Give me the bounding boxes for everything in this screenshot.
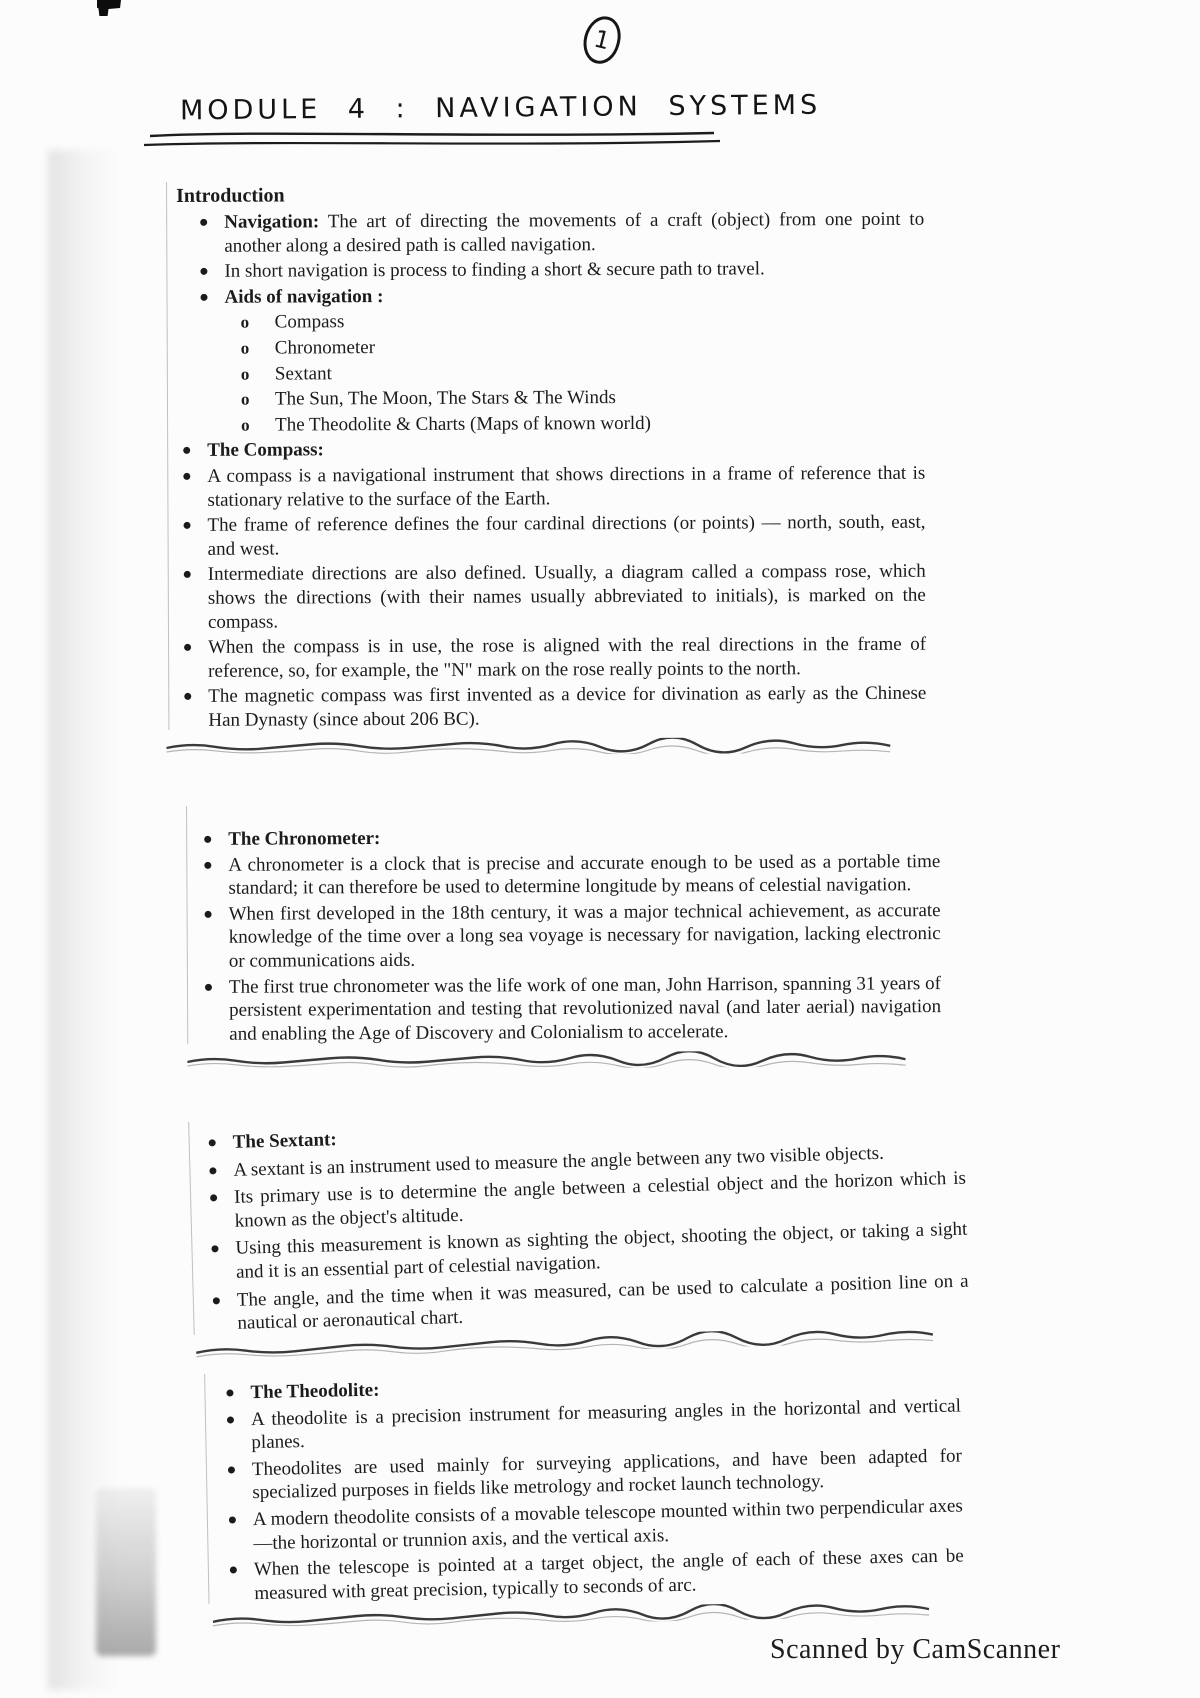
bullet-text: When first developed in the 18th century…: [229, 899, 941, 974]
bullet-text: The magnetic compass was first invented …: [208, 682, 926, 732]
bullet-item: When the telescope is pointed at a targe…: [224, 1545, 965, 1606]
camscanner-watermark: Scanned by CamScanner: [770, 1634, 1060, 1666]
bullet-icon: [220, 1381, 250, 1405]
module-title: MODULE 4 : NAVIGATION SYSTEMS: [180, 89, 940, 127]
bullet-item: Compass: [233, 308, 925, 335]
bullet-text: Sextant: [275, 359, 925, 385]
bullet-text: When the compass is in use, the rose is …: [208, 633, 926, 683]
bullet-icon: [178, 563, 208, 634]
bullet-icon: [221, 1408, 252, 1456]
bullet-item: Sextant: [233, 359, 925, 386]
bullet-icon: [199, 975, 229, 1046]
bullet-item: The frame of reference defines the four …: [177, 511, 925, 561]
bullet-icon: [204, 1186, 235, 1234]
bullet-icon: [199, 903, 229, 974]
bullet-icon: [233, 413, 275, 437]
bullet-icon: [198, 853, 228, 900]
bullet-icon: [177, 439, 207, 463]
bullet-item: A chronometer is a clock that is precise…: [198, 850, 940, 901]
scan-edge-shadow: [48, 150, 120, 1690]
bullet-text: A chronometer is a clock that is precise…: [228, 850, 940, 901]
bullet-text: Aids of navigation :: [224, 282, 924, 309]
bullet-icon: [205, 1237, 236, 1285]
bullet-icon: [178, 636, 208, 683]
bullet-item: Navigation: The art of directing the mov…: [194, 208, 924, 258]
bullet-icon: [203, 1158, 234, 1182]
bullet-icon: [233, 311, 275, 335]
bullet-icon: [194, 286, 224, 310]
bullet-item: The magnetic compass was first invented …: [178, 682, 926, 732]
theodolite-section: The Theodolite: A theodolite is a precis…: [204, 1353, 987, 1630]
bullet-text: The Theodolite & Charts (Maps of known w…: [275, 410, 925, 436]
bullet-text: Chronometer: [275, 334, 925, 360]
bullet-icon: [198, 828, 228, 852]
bullet-text: Compass: [275, 308, 925, 334]
bullet-text: The frame of reference defines the four …: [207, 511, 925, 561]
bullet-icon: [194, 211, 224, 258]
bullet-text: A compass is a navigational instrument t…: [207, 462, 925, 512]
bullet-item: When the compass is in use, the rose is …: [178, 633, 926, 683]
torn-edge: [213, 1600, 977, 1631]
bullet-icon: [178, 685, 208, 732]
page-number: 1: [591, 25, 613, 56]
bullet-text: The first true chronometer was the life …: [229, 972, 941, 1047]
bullet-icon: [194, 260, 224, 284]
scan-smudge: [96, 1488, 156, 1656]
bullet-text: Intermediate directions are also defined…: [208, 560, 926, 634]
chronometer-section: The Chronometer: A chronometer is a cloc…: [186, 796, 953, 1070]
bullet-icon: [177, 514, 207, 561]
bullet-item: A compass is a navigational instrument t…: [177, 462, 925, 512]
scan-corner-artifact: [97, 0, 121, 16]
bullet-text: The Compass:: [207, 436, 925, 463]
bullet-icon: [233, 362, 275, 386]
bullet-text: The Chronometer:: [228, 824, 940, 851]
bullet-icon: [233, 388, 275, 412]
torn-edge: [166, 737, 938, 756]
bullet-text: When the telescope is pointed at a targe…: [254, 1545, 965, 1606]
bullet-icon: [207, 1288, 238, 1336]
bullet-text: Navigation: The art of directing the mov…: [224, 208, 924, 258]
intro-section: Introduction Navigation: The art of dire…: [166, 173, 941, 757]
scanned-notes-page: 1 MODULE 4 : NAVIGATION SYSTEMS Introduc…: [0, 0, 1200, 1698]
bullet-item: The Theodolite & Charts (Maps of known w…: [233, 410, 925, 437]
bullet-icon: [224, 1558, 255, 1606]
bullet-item: The Sun, The Moon, The Stars & The Winds: [233, 385, 925, 412]
section-heading: Introduction: [176, 181, 924, 208]
bullet-icon: [222, 1458, 253, 1506]
bullet-item: The Compass:: [177, 436, 925, 463]
bullet-text: The Sun, The Moon, The Stars & The Winds: [275, 385, 925, 411]
sextant-section: The Sextant: A sextant is an instrument …: [188, 1095, 986, 1360]
title-underline: [142, 130, 722, 152]
bullet-item: The first true chronometer was the life …: [199, 972, 941, 1047]
bullet-item: When first developed in the 18th century…: [199, 899, 941, 974]
bullet-text: In short navigation is process to findin…: [224, 257, 924, 284]
bullet-icon: [202, 1131, 233, 1155]
page-number-badge: 1: [579, 12, 626, 67]
bullet-item: Chronometer: [233, 334, 925, 361]
bullet-item: Intermediate directions are also defined…: [178, 560, 926, 634]
bullet-icon: [233, 336, 275, 360]
bullet-item: Aids of navigation :: [194, 282, 924, 309]
bullet-item: In short navigation is process to findin…: [194, 257, 924, 284]
bullet-icon: [223, 1508, 254, 1556]
bullet-icon: [177, 465, 207, 512]
bullet-item: The Chronometer:: [198, 824, 940, 851]
torn-edge: [187, 1050, 953, 1070]
